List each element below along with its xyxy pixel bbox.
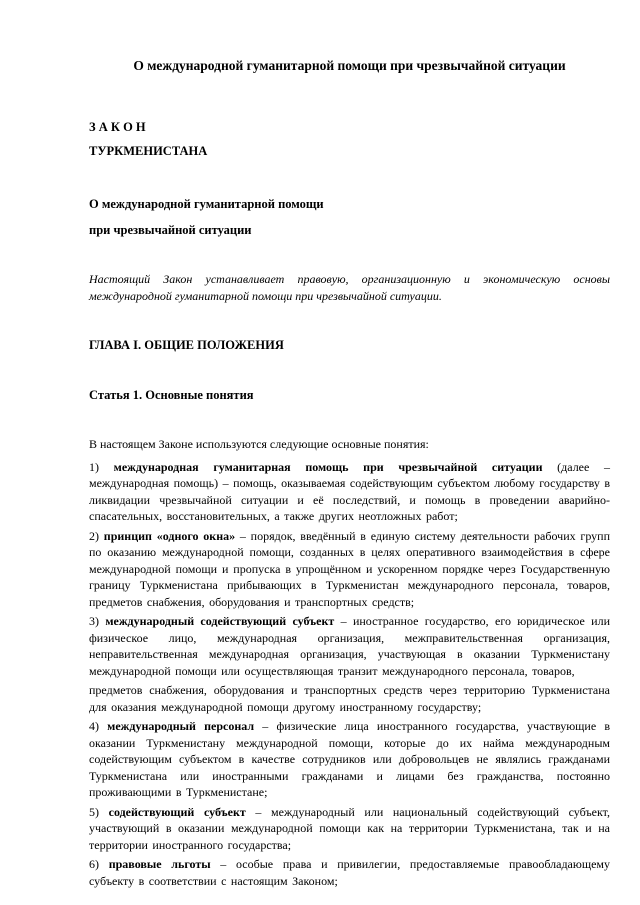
definition-number: 4) xyxy=(89,719,107,733)
definition-item-5: 5) содействующий субъект – международный… xyxy=(89,804,610,854)
definition-body: предметов снабжения, оборудования и тран… xyxy=(89,683,610,714)
definition-term: международный содействующий субъект xyxy=(105,614,334,628)
chapter-heading: ГЛАВА I. ОБЩИЕ ПОЛОЖЕНИЯ xyxy=(89,337,610,353)
page-title: О международной гуманитарной помощи при … xyxy=(89,58,610,74)
definition-number: 1) xyxy=(89,460,114,474)
definition-item-1: 1) международная гуманитарная помощь при… xyxy=(89,459,610,525)
article-heading: Статья 1. Основные понятия xyxy=(89,387,610,403)
intro-text: В настоящем Законе используются следующи… xyxy=(89,436,610,453)
definition-item-2: 2) принцип «одного окна» – порядок, введ… xyxy=(89,528,610,611)
definition-item-3: 3) международный содействующий субъект –… xyxy=(89,613,610,679)
subtitle-line-2: при чрезвычайной ситуации xyxy=(89,222,610,238)
country-label: ТУРКМЕНИСТАНА xyxy=(89,143,610,159)
law-label: З А К О Н xyxy=(89,119,610,135)
definition-item-3-continued: предметов снабжения, оборудования и тран… xyxy=(89,682,610,715)
definition-number: 5) xyxy=(89,805,109,819)
definition-term: международная гуманитарная помощь при чр… xyxy=(114,460,543,474)
definition-item-6: 6) правовые льготы – особые права и прив… xyxy=(89,856,610,889)
definition-item-4: 4) международный персонал – физические л… xyxy=(89,718,610,801)
definition-number: 2) xyxy=(89,529,104,543)
definition-term: принцип «одного окна» xyxy=(104,529,235,543)
definition-number: 6) xyxy=(89,857,109,871)
definition-number: 3) xyxy=(89,614,105,628)
definition-term: содействующий субъект xyxy=(109,805,246,819)
definition-term: правовые льготы xyxy=(109,857,211,871)
definition-term: международный персонал xyxy=(107,719,254,733)
document-page: О международной гуманитарной помощи при … xyxy=(0,0,640,905)
subtitle-line-1: О международной гуманитарной помощи xyxy=(89,196,610,212)
preamble-text: Настоящий Закон устанавливает правовую, … xyxy=(89,271,610,304)
